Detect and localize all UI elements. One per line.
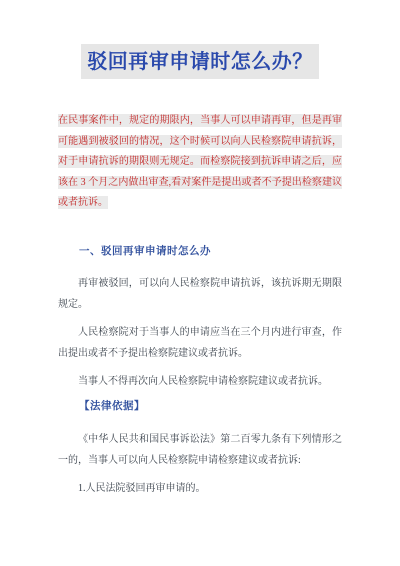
section-paragraph-1: 再审被驳回，可以向人民检察院申请抗诉，该抗诉期无期限规定。	[58, 273, 342, 315]
article-page: 驳回再审申请时怎么办？ 在民事案件中，规定的期限内，当事人可以申请再审，但是再审…	[0, 0, 400, 566]
legal-basis-heading: 【法律依据】	[58, 400, 342, 413]
article-title: 驳回再审申请时怎么办？	[81, 44, 319, 79]
intro-highlight-text: 在民事案件中，规定的期限内，当事人可以申请再审，但是再审可能遇到被驳回的情况，这…	[58, 114, 342, 209]
legal-basis-paragraph-2: 1.人民法院驳回再审申请的。	[58, 478, 342, 499]
legal-basis-paragraph-1: 《中华人民共和国民事诉讼法》第二百零九条有下列情形之一的，当事人可以向人民检察院…	[58, 429, 342, 471]
section-paragraph-2: 人民检察院对于当事人的申请应当在三个月内进行审查，作出提出或者不予提出检察院建议…	[58, 322, 342, 364]
intro-highlight-paragraph: 在民事案件中，规定的期限内，当事人可以申请再审，但是再审可能遇到被驳回的情况，这…	[58, 111, 342, 214]
section-paragraph-3: 当事人不得再次向人民检察院申请检察院建议或者抗诉。	[58, 371, 342, 392]
section-heading: 一、驳回再审申请时怎么办	[58, 245, 342, 258]
article-title-row: 驳回再审申请时怎么办？	[58, 44, 342, 79]
